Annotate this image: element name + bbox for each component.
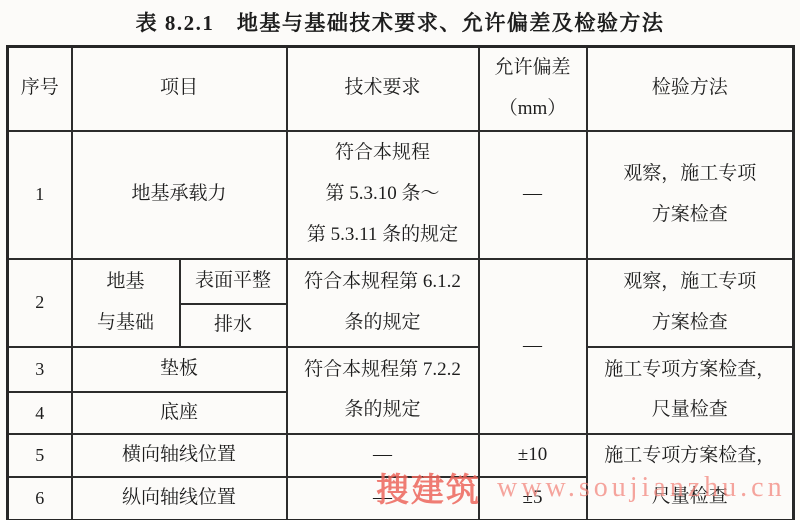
- spec-table: 序号 项目 技术要求 允许偏差 （mm） 检验方法 1 地基承载力 符合本规程 …: [6, 45, 795, 520]
- row3-method-line1: 施工专项方案检查，: [588, 350, 793, 391]
- row1-seq: 1: [8, 131, 72, 259]
- row3-req-line2: 条的规定: [288, 390, 478, 431]
- row5-method-line2: 尺量检查: [588, 477, 793, 518]
- row2to4-deviation: —: [479, 259, 587, 435]
- row6-deviation: ±5: [479, 477, 587, 520]
- row2-requirement: 符合本规程第 6.1.2 条的规定: [287, 259, 479, 347]
- header-method: 检验方法: [587, 47, 794, 131]
- row2-item: 地基 与基础: [72, 259, 180, 347]
- header-deviation-line2: （mm）: [480, 89, 586, 130]
- row6-requirement: —: [287, 477, 479, 520]
- row3-method-line2: 尺量检查: [588, 390, 793, 431]
- row3to4-method: 施工专项方案检查， 尺量检查: [587, 347, 794, 435]
- table-row: 5 横向轴线位置 — ±10 施工专项方案检查， 尺量检查: [8, 434, 794, 477]
- header-seq: 序号: [8, 47, 72, 131]
- row1-method: 观察，施工专项 方案检查: [587, 131, 794, 259]
- row4-seq: 4: [8, 392, 72, 435]
- row5-deviation: ±10: [479, 434, 587, 477]
- row3to4-requirement: 符合本规程第 7.2.2 条的规定: [287, 347, 479, 435]
- table-row: 2 地基 与基础 表面平整 符合本规程第 6.1.2 条的规定 — 观察，施工专…: [8, 259, 794, 304]
- row1-requirement: 符合本规程 第 5.3.10 条～ 第 5.3.11 条的规定: [287, 131, 479, 259]
- row5-item: 横向轴线位置: [72, 434, 287, 477]
- row1-req-line2: 第 5.3.10 条～: [288, 174, 478, 215]
- row2-sub-item2: 排水: [180, 304, 287, 347]
- row1-req-line3: 第 5.3.11 条的规定: [288, 215, 478, 256]
- row2-sub-item1: 表面平整: [180, 259, 287, 304]
- row3-req-line1: 符合本规程第 7.2.2: [288, 350, 478, 391]
- row5-method-line1: 施工专项方案检查，: [588, 436, 793, 477]
- row1-item: 地基承载力: [72, 131, 287, 259]
- row2-item-line1: 地基: [73, 262, 179, 303]
- row5-seq: 5: [8, 434, 72, 477]
- header-requirement: 技术要求: [287, 47, 479, 131]
- row2-req-line2: 条的规定: [288, 303, 478, 344]
- row1-method-line2: 方案检查: [588, 195, 793, 236]
- row1-deviation: —: [479, 131, 587, 259]
- row3-item: 垫板: [72, 347, 287, 392]
- table-row: 3 垫板 符合本规程第 7.2.2 条的规定 施工专项方案检查， 尺量检查: [8, 347, 794, 392]
- row2-req-line1: 符合本规程第 6.1.2: [288, 262, 478, 303]
- row2-seq: 2: [8, 259, 72, 347]
- row5to6-method: 施工专项方案检查， 尺量检查: [587, 434, 794, 520]
- row2-method: 观察，施工专项 方案检查: [587, 259, 794, 347]
- header-deviation-line1: 允许偏差: [480, 48, 586, 89]
- row6-seq: 6: [8, 477, 72, 520]
- row5-requirement: —: [287, 434, 479, 477]
- row4-item: 底座: [72, 392, 287, 435]
- header-item: 项目: [72, 47, 287, 131]
- table-title: 表 8.2.1 地基与基础技术要求、允许偏差及检验方法: [0, 7, 800, 37]
- row2-item-line2: 与基础: [73, 303, 179, 344]
- row2-method-line1: 观察，施工专项: [588, 262, 793, 303]
- table-row: 1 地基承载力 符合本规程 第 5.3.10 条～ 第 5.3.11 条的规定 …: [8, 131, 794, 259]
- row3-seq: 3: [8, 347, 72, 392]
- row1-method-line1: 观察，施工专项: [588, 154, 793, 195]
- header-row: 序号 项目 技术要求 允许偏差 （mm） 检验方法: [8, 47, 794, 131]
- row2-method-line2: 方案检查: [588, 303, 793, 344]
- header-deviation: 允许偏差 （mm）: [479, 47, 587, 131]
- row1-req-line1: 符合本规程: [288, 133, 478, 174]
- row6-item: 纵向轴线位置: [72, 477, 287, 520]
